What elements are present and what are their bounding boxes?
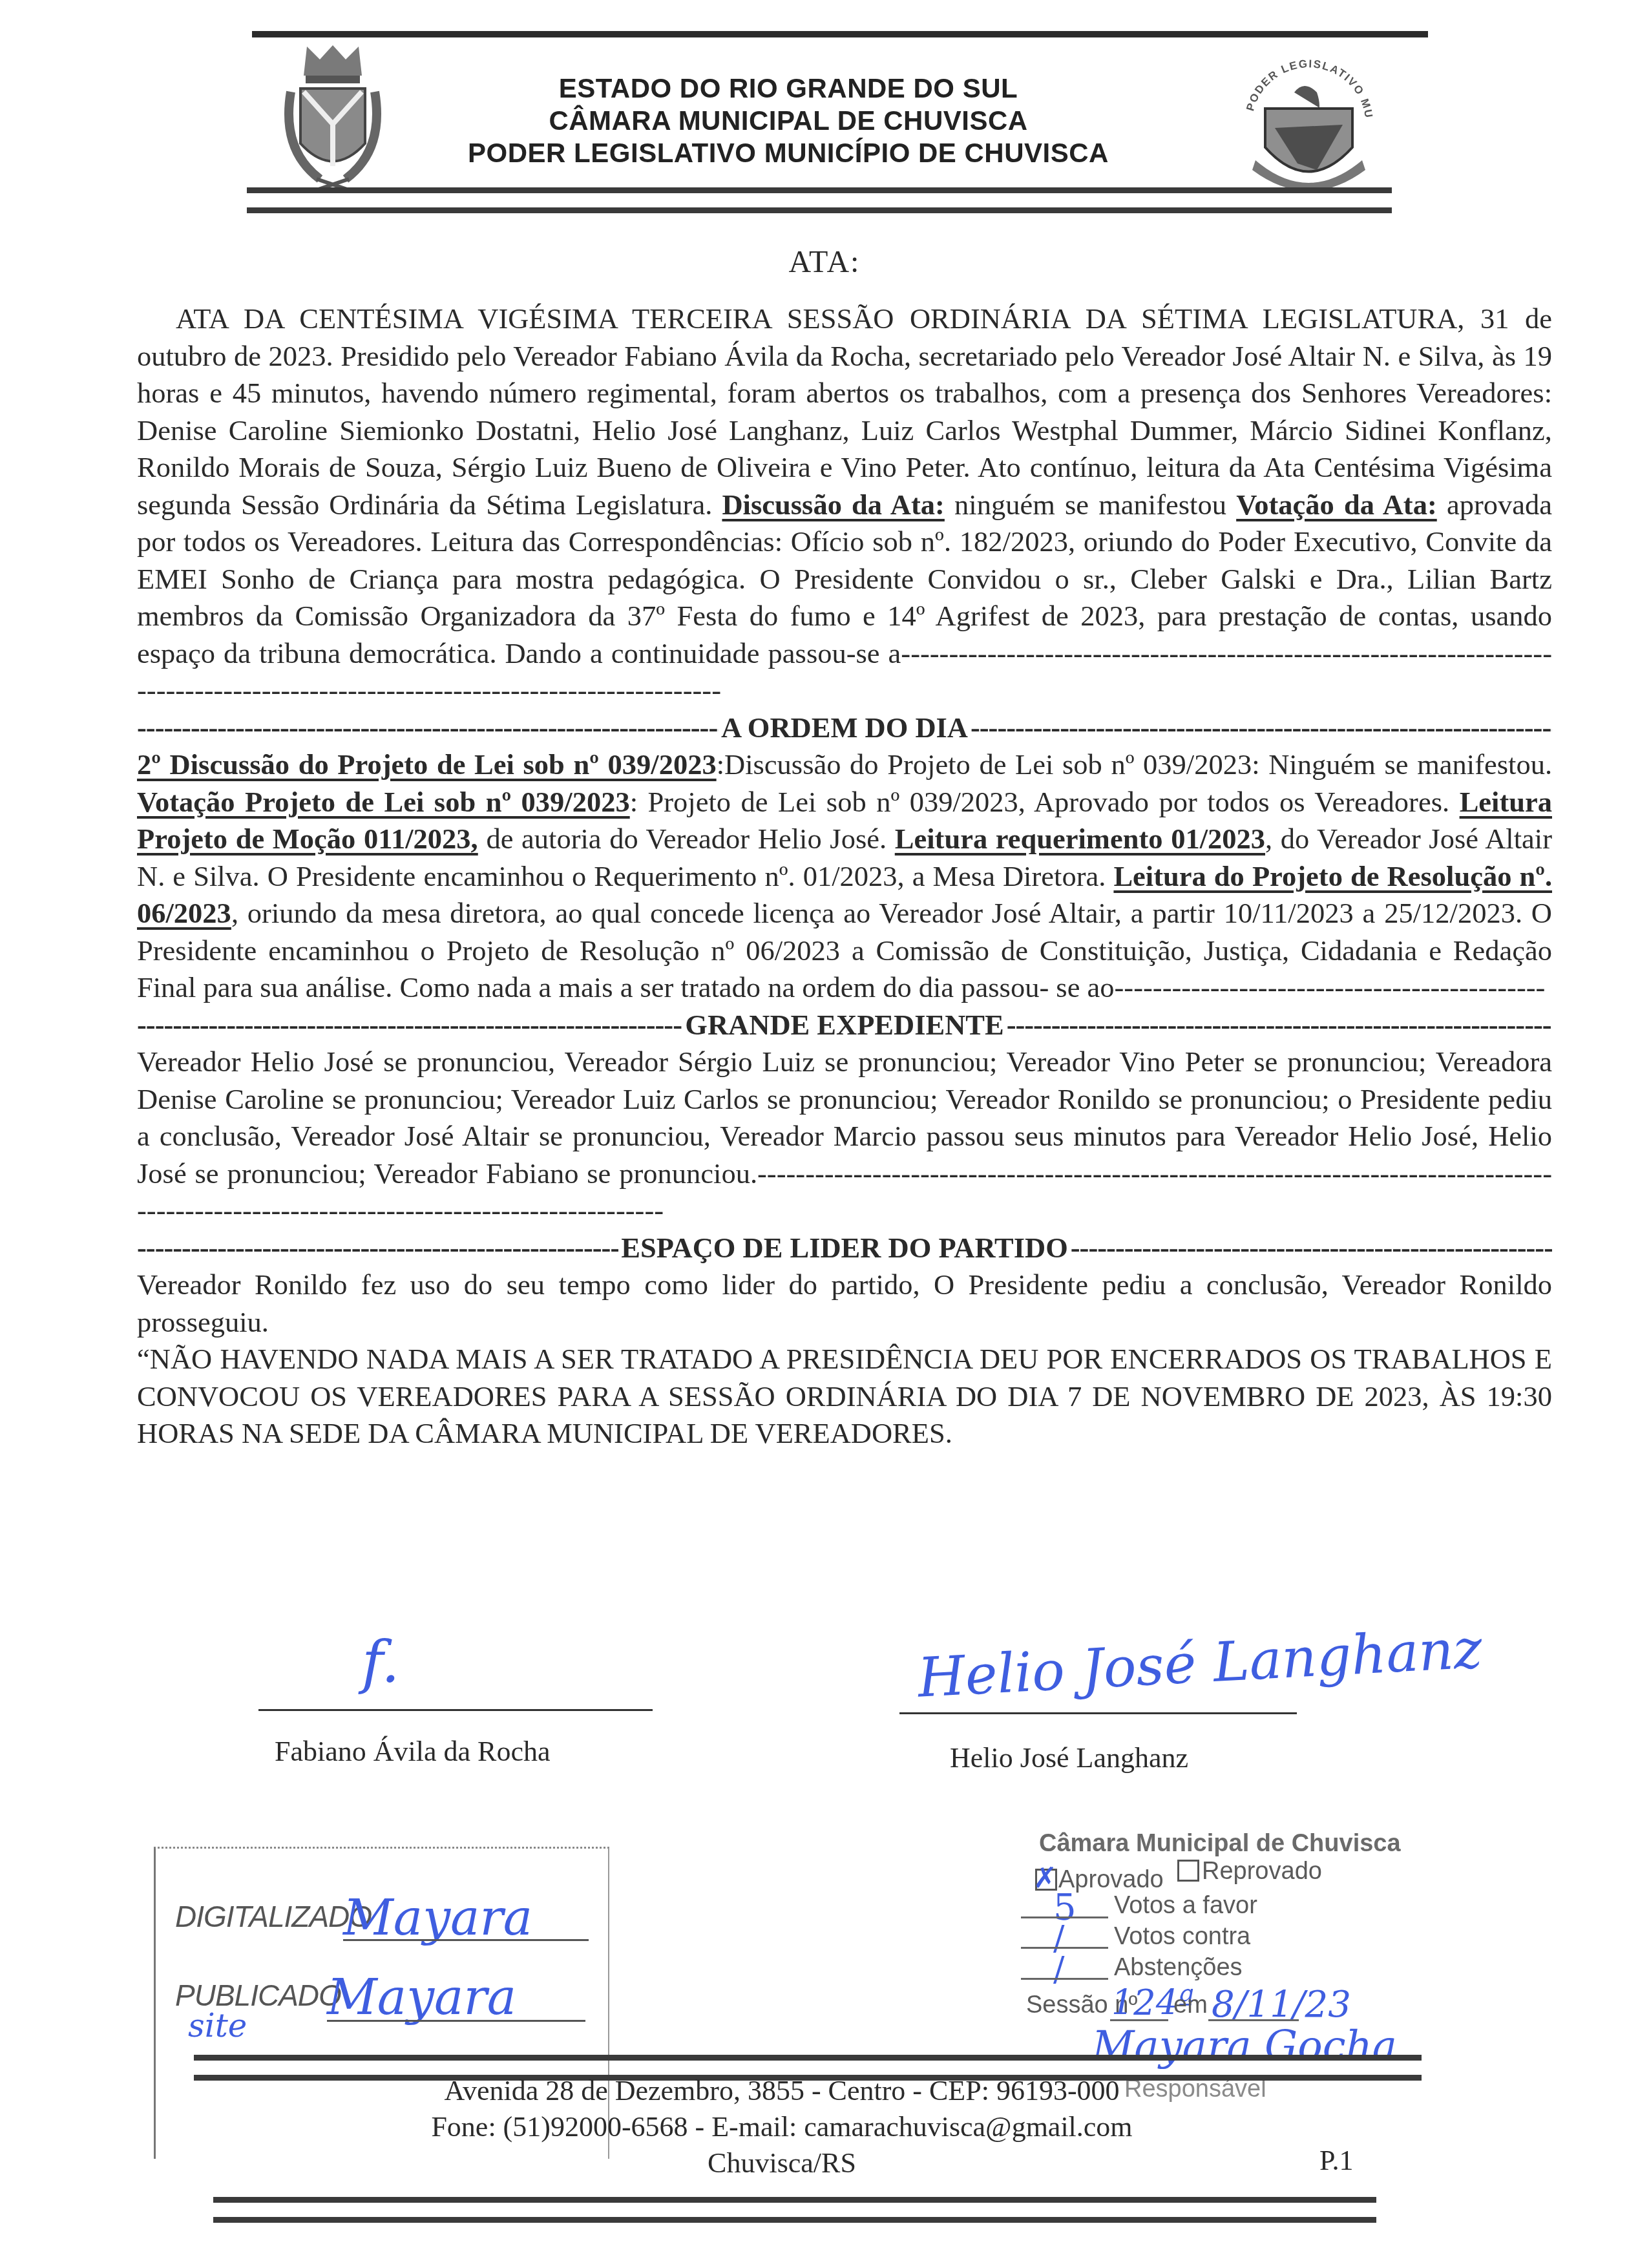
signature-name-president: Fabiano Ávila da Rocha — [275, 1735, 550, 1768]
abstentions-line — [1021, 1978, 1108, 1980]
intro-paragraph: ATA DA CENTÉSIMA VIGÉSIMA TERCEIRA SESSÃ… — [137, 300, 1552, 709]
footer-contact: Fone: (51)92000-6568 - E-mail: camarachu… — [323, 2109, 1241, 2145]
heading-discussao-ata: Discussão da Ata: — [722, 488, 944, 521]
espaco-lider-text: Vereador Ronildo fez uso do seu tempo co… — [137, 1268, 1552, 1338]
header-bottom-rule — [247, 187, 1392, 213]
abstentions-value: / — [1053, 1950, 1065, 1989]
signature-line-president — [258, 1709, 653, 1711]
document-body: ATA DA CENTÉSIMA VIGÉSIMA TERCEIRA SESSÃ… — [137, 300, 1552, 1453]
discussao-ata-text: ninguém se manifestou — [945, 488, 1236, 521]
header-line-chamber: CÂMARA MUNICIPAL DE CHUVISCA — [362, 105, 1215, 137]
dash-filler: ----------------------------------------… — [137, 1007, 682, 1044]
stamp-ink-publicado: Mayara — [327, 1968, 516, 2026]
footer-block: Avenida 28 de Dezembro, 3855 - Centro - … — [323, 2073, 1241, 2181]
votes-against-line — [1021, 1947, 1108, 1949]
document-title: ATA: — [0, 244, 1649, 280]
ordem-do-dia-heading: A ORDEM DO DIA — [719, 709, 971, 747]
section-heading-grande-expediente: ----------------------------------------… — [137, 1007, 1552, 1044]
date-label: em — [1173, 1991, 1208, 2019]
grande-expediente-paragraph: Vereador Helio José se pronunciou, Verea… — [137, 1044, 1552, 1230]
approval-stamp-title: Câmara Municipal de Chuvisca — [1039, 1830, 1401, 1858]
signature-name-secretary: Helio José Langhanz — [950, 1741, 1188, 1774]
stamp-underline — [343, 1939, 589, 1941]
footer-bottom-rule — [213, 2197, 1376, 2223]
closing-text: “NÃO HAVENDO NADA MAIS A SER TRATADO A P… — [137, 1343, 1552, 1449]
leitura-mocao-text: de autoria do Vereador Helio José. — [478, 823, 895, 855]
stamp-ink-digitalizado: Mayara — [343, 1889, 532, 1946]
header-title-block: ESTADO DO RIO GRANDE DO SUL CÂMARA MUNIC… — [362, 72, 1215, 169]
discussao-projeto-text: :Discussão do Projeto de Lei sob nº 039/… — [717, 748, 1552, 781]
stamp-ink-site: site — [188, 2007, 247, 2044]
abstentions-label: Abstenções — [1114, 1954, 1243, 1982]
header-line-state: ESTADO DO RIO GRANDE DO SUL — [362, 72, 1215, 105]
signature-line-secretary — [899, 1712, 1297, 1714]
rejected-label: Reprovado — [1202, 1858, 1322, 1885]
dash-filler: ----------------------------------------… — [137, 1230, 618, 1267]
signature-ink-helio: Helio José Langhanz — [916, 1617, 1484, 1710]
ordem-do-dia-paragraph: 2º Discussão do Projeto de Lei sob nº 03… — [137, 746, 1552, 1007]
votes-against-label: Votos contra — [1114, 1923, 1250, 1951]
heading-discussao-projeto: 2º Discussão do Projeto de Lei sob nº 03… — [137, 748, 717, 781]
date-line — [1208, 2019, 1299, 2021]
dash-filler: ----------------------------------------… — [1007, 1007, 1552, 1044]
espaco-lider-paragraph: Vereador Ronildo fez uso do seu tempo co… — [137, 1266, 1552, 1341]
footer-city: Chuvisca/RS — [323, 2145, 1241, 2181]
document-page: ESTADO DO RIO GRANDE DO SUL CÂMARA MUNIC… — [0, 0, 1649, 2268]
section-heading-espaco-lider: ----------------------------------------… — [137, 1230, 1552, 1267]
dash-filler: ----------------------------------------… — [1115, 971, 1546, 1003]
heading-votacao-projeto: Votação Projeto de Lei sob nº 039/2023 — [137, 786, 630, 818]
page-number: P.1 — [1319, 2144, 1354, 2177]
votes-for-label: Votos a favor — [1114, 1892, 1257, 1920]
poder-legislativo-municipal-seal-icon: PODER LEGISLATIVO MUNICIPAL — [1239, 57, 1378, 199]
stamp-label-digitalizado: DIGITALIZADO — [175, 1899, 372, 1934]
heading-votacao-ata: Votação da Ata: — [1236, 488, 1437, 521]
approval-stamp: Câmara Municipal de Chuvisca ✗ Aprovado … — [1021, 1822, 1538, 2094]
signature-ink-fabiano: f. — [362, 1628, 400, 1696]
closing-paragraph: “NÃO HAVENDO NADA MAIS A SER TRATADO A P… — [137, 1341, 1552, 1453]
espaco-lider-heading: ESPAÇO DE LIDER DO PARTIDO — [618, 1230, 1071, 1267]
dash-filler: ----------------------------------------… — [1071, 1230, 1552, 1267]
section-heading-ordem-do-dia: ----------------------------------------… — [137, 709, 1552, 747]
heading-leitura-requerimento: Leitura requerimento 01/2023 — [895, 823, 1265, 855]
session-line — [1110, 2019, 1168, 2021]
grande-expediente-heading: GRANDE EXPEDIENTE — [682, 1007, 1006, 1044]
stamp-underline — [327, 2020, 585, 2022]
dash-filler: ----------------------------------------… — [971, 709, 1552, 747]
votacao-projeto-text: : Projeto de Lei sob nº 039/2023, Aprova… — [630, 786, 1460, 818]
rejected-checkbox[interactable] — [1177, 1860, 1199, 1882]
header-line-legislative: PODER LEGISLATIVO MUNICÍPIO DE CHUVISCA — [362, 137, 1215, 169]
votes-for-line — [1021, 1916, 1108, 1918]
footer-address: Avenida 28 de Dezembro, 3855 - Centro - … — [323, 2073, 1241, 2109]
dash-filler: ----------------------------------------… — [137, 709, 719, 747]
header-top-rule — [252, 31, 1428, 37]
